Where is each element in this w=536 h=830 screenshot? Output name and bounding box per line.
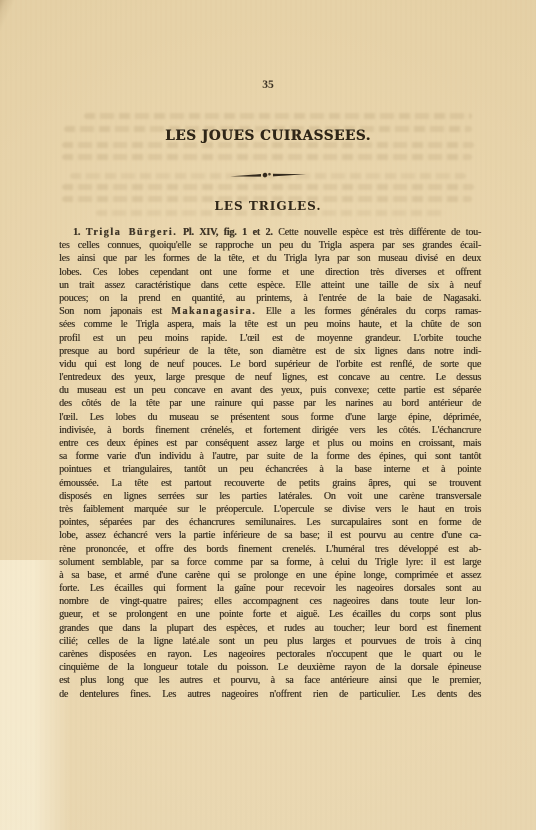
text-segment: du museau est un peu concave en avant de… [59,385,481,396]
text-line: cilié; celles de la ligne laté.ale sont … [59,635,481,648]
text-line: très faiblement marquée sur le préopercu… [59,503,481,516]
text-line: les ainsi que par les formes de la tête,… [59,252,481,265]
text-line: cinquième de la longueur totale du poiss… [59,661,481,674]
body-text: 1. Trigla Bürgeri. Pl. XIV, fig. 1 et 2.… [59,226,481,701]
text-line: presque au bord supérieur de la tête, so… [59,345,481,358]
text-segment: lobe, assez échancré vers la partie infé… [59,530,481,541]
text-line: profil est un peu moins rapide. L'œil es… [59,332,481,345]
text-segment: sées comme le Trigla aspera, mais la têt… [59,319,481,330]
text-line: entre ces deux épines est par conséquent… [59,437,481,450]
text-line: pouces; on la prend en quantité, au prin… [59,292,481,305]
swelled-rule-ornament-icon [230,169,306,181]
emphasized-text: Makanagasira. [171,306,256,317]
text-line: carènes disposées en rayon. Les nageoire… [59,648,481,661]
text-line: lobes. Ces lobes cependant ont une forme… [59,266,481,279]
text-line: nombre de vingt-quatre paires; elles acc… [59,595,481,608]
text-segment: carènes disposées en rayon. Les nageoire… [59,649,481,660]
text-segment: pouces; on la prend en quantité, au prin… [59,293,481,304]
text-segment: les ainsi que par les formes de la tête,… [59,253,481,264]
text-segment: un trait assez caractéristique dans cett… [59,280,481,291]
text-line: vidu qui est long de neuf pouces. Le bor… [59,358,481,371]
text-segment: disposés en lignes serrées sur les parti… [59,491,481,502]
text-segment: des côtés de la tête par une rainure qui… [59,398,481,409]
show-through-ghost [84,113,472,119]
text-segment: pointues et triangulaires, tantôt un peu… [59,464,481,475]
text-segment: émoussée. La tête est partout recouverte… [59,478,481,489]
emphasized-text: 1. [73,227,86,238]
text-line: gueur, et se prolongent en une pointe fo… [59,608,481,621]
text-line: de dentelures fines. Les autres nageoire… [59,688,481,701]
text-segment: presque au bord supérieur de la tête, so… [59,346,481,357]
text-segment: Cette nouvelle espèce est très différent… [273,227,481,238]
text-segment: rène prononcée, et offre des bords finem… [59,544,481,555]
text-segment: l'entredeux des yeux, large presque de n… [59,372,481,383]
text-segment: sa forme varie d'un individu à l'autre, … [59,451,481,462]
text-segment: pointes, séparées par des échancrures se… [59,517,481,528]
text-segment: est plus long que les autres et pourvu, … [59,675,481,686]
text-line: à sa base, et armé d'une carène qui se p… [59,569,481,582]
text-segment: lobes. Ces lobes cependant ont une forme… [59,267,481,278]
text-line: l'entredeux des yeux, large presque de n… [59,371,481,384]
text-segment: vidu qui est long de neuf pouces. Le bor… [59,359,481,370]
scanned-book-page: { "colors": { "paper": "#ebd7ad", "ink":… [0,0,536,830]
text-segment: grandes que dans la plupart des espèces,… [59,623,481,634]
text-line: l'œil. Les lobes du museau se présentent… [59,411,481,424]
chapter-heading: LES TRIGLES. [0,199,536,213]
text-line: un trait assez caractéristique dans cett… [59,279,481,292]
text-line: rène prononcée, et offre des bords finem… [59,543,481,556]
text-segment: à sa base, et armé d'une carène qui se p… [59,570,481,581]
text-segment: tes celles connues, quoiqu'elle se rappr… [59,240,481,251]
show-through-ghost [62,154,472,160]
text-segment: très faiblement marquée sur le préopercu… [59,504,481,515]
text-line: indivisée, à bords finement crénelés, et… [59,424,481,437]
text-line: 1. Trigla Bürgeri. Pl. XIV, fig. 1 et 2.… [59,226,481,239]
text-line: pointes, séparées par des échancrures se… [59,516,481,529]
text-segment: forte. Les écailles qui forment la gaîne… [59,583,481,594]
emphasized-text: Pl. XIV, fig. 1 et 2. [183,227,273,238]
text-line: est plus long que les autres et pourvu, … [59,674,481,687]
text-segment: indivisée, à bords finement crénelés, et… [59,425,481,436]
text-line: solument semblable, par sa force comme p… [59,556,481,569]
page-number: 35 [0,79,536,91]
text-line: forte. Les écailles qui forment la gaîne… [59,582,481,595]
text-line: Son nom japonais est Makanagasira. Elle … [59,305,481,318]
text-line: lobe, assez échancré vers la partie infé… [59,529,481,542]
text-line: des côtés de la tête par une rainure qui… [59,397,481,410]
text-line: sées comme le Trigla aspera, mais la têt… [59,318,481,331]
text-segment: cinquième de la longueur totale du poiss… [59,662,481,673]
text-segment: entre ces deux épines est par conséquent… [59,438,481,449]
text-line: pointues et triangulaires, tantôt un peu… [59,463,481,476]
text-segment: l'œil. Les lobes du museau se présentent… [59,412,481,423]
section-heading: LES JOUES CUIRASSEES. [0,128,536,144]
emphasized-text: Trigla Bürgeri. [86,227,178,238]
text-segment: Son nom japonais est [59,306,171,317]
text-line: grandes que dans la plupart des espèces,… [59,622,481,635]
divider-ornament [0,167,536,185]
text-segment: nombre de vingt-quatre paires; elles acc… [59,596,481,607]
text-line: émoussée. La tête est partout recouverte… [59,477,481,490]
text-segment: profil est un peu moins rapide. L'œil es… [59,333,481,344]
text-segment: solument semblable, par sa force comme p… [59,557,481,568]
text-segment: Elle a les formes générales du corps ram… [256,306,481,317]
text-line: disposés en lignes serrées sur les parti… [59,490,481,503]
text-line: sa forme varie d'un individu à l'autre, … [59,450,481,463]
text-line: du museau est un peu concave en avant de… [59,384,481,397]
text-line: tes celles connues, quoiqu'elle se rappr… [59,239,481,252]
text-segment: de dentelures fines. Les autres nageoire… [59,689,481,700]
text-segment: gueur, et se prolongent en une pointe fo… [59,609,481,620]
text-segment: cilié; celles de la ligne laté.ale sont … [59,636,481,647]
